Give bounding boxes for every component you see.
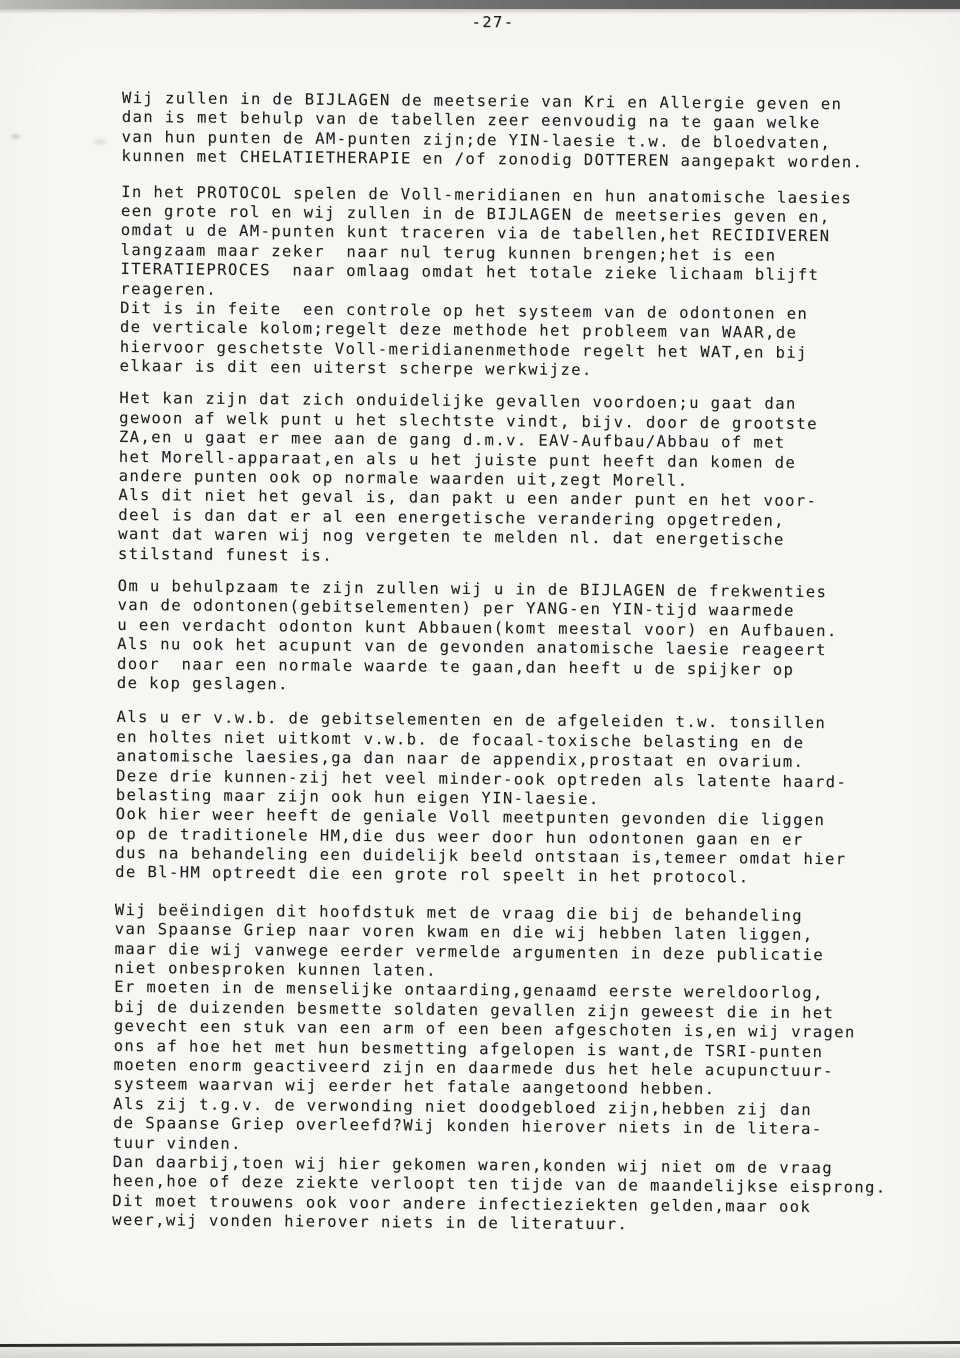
scan-bottom-line-artifact (0, 1341, 960, 1347)
paragraph: Het kan zijn dat zich onduidelijke geval… (118, 389, 917, 570)
paragraph: Wij zullen in de BIJLAGEN de meetserie v… (121, 89, 920, 174)
scan-bottom-shade (0, 1347, 960, 1358)
paragraph: In het PROTOCOL spelen de Voll-meridiane… (120, 182, 920, 383)
scanned-document-page: -27- Wij zullen in de BIJLAGEN de meetse… (0, 0, 960, 1358)
paragraph: Als u er v.w.b. de gebitselementen en de… (115, 708, 914, 889)
typewritten-text-block: Wij zullen in de BIJLAGEN de meetserie v… (0, 88, 960, 1238)
paragraph: Wij beëindigen dit hoofdstuk met de vraa… (112, 901, 913, 1238)
paragraph: Om u behulpzaam te zijn zullen wij u in … (117, 577, 916, 700)
scan-top-edge-artifact (0, 0, 960, 9)
page-number: -27- (13, 13, 960, 31)
